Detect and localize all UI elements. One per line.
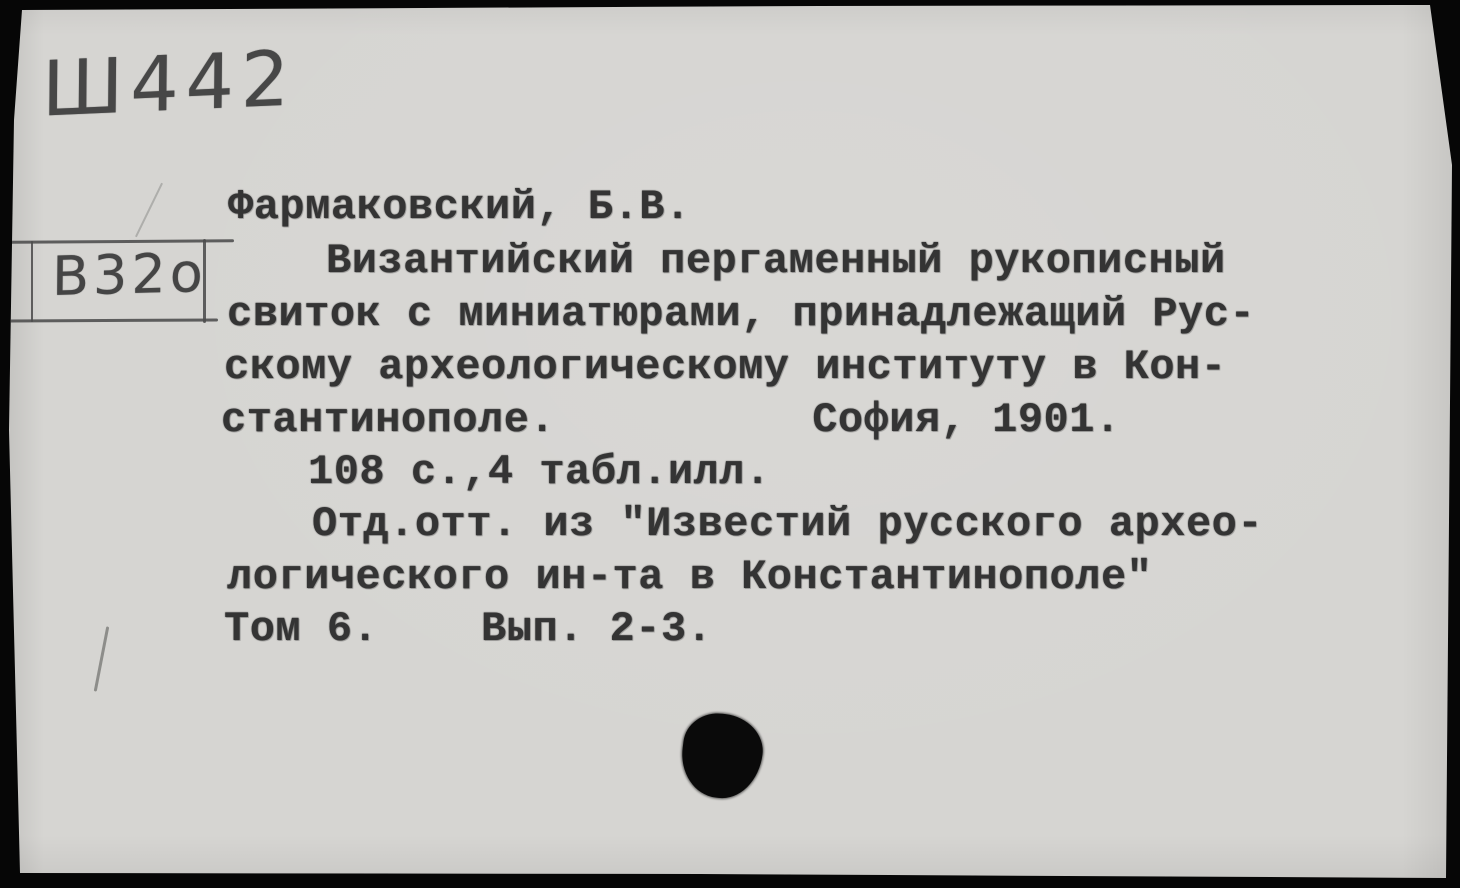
call-number-box-left-line (31, 241, 33, 322)
title-line-2: свиток с миниатюрами, принадлежащий Рус- (227, 291, 1255, 337)
title-line-3: скому археологическому институту в Кон- (224, 344, 1226, 390)
series-note-line-1: Отд.отт. из "Известий русского архео- (312, 501, 1263, 547)
imprint-line: стантинополе. София, 1901. (221, 397, 1121, 443)
volume-issue-line: Том 6. Вып. 2-3. (224, 606, 712, 652)
pencil-stroke (135, 183, 163, 238)
catalog-card: Ш442 В32о Фармаковский, Б.В. Византийски… (0, 0, 1460, 888)
title-line-1: Византийский пергаменный рукописный (326, 238, 1226, 284)
author-line: Фармаковский, Б.В. (228, 184, 691, 230)
punch-hole (677, 709, 767, 802)
series-note-line-2: логического ин-та в Константинополе" (227, 554, 1152, 600)
call-number-box-bottom-line (8, 318, 218, 322)
call-number-handwritten: В32о (52, 244, 207, 306)
handwritten-slash-mark (94, 626, 110, 691)
shelf-mark-handwritten: Ш442 (42, 38, 297, 129)
collation-line: 108 с.,4 табл.илл. (308, 449, 771, 495)
catalog-card-scan: Ш442 В32о Фармаковский, Б.В. Византийски… (0, 0, 1460, 888)
